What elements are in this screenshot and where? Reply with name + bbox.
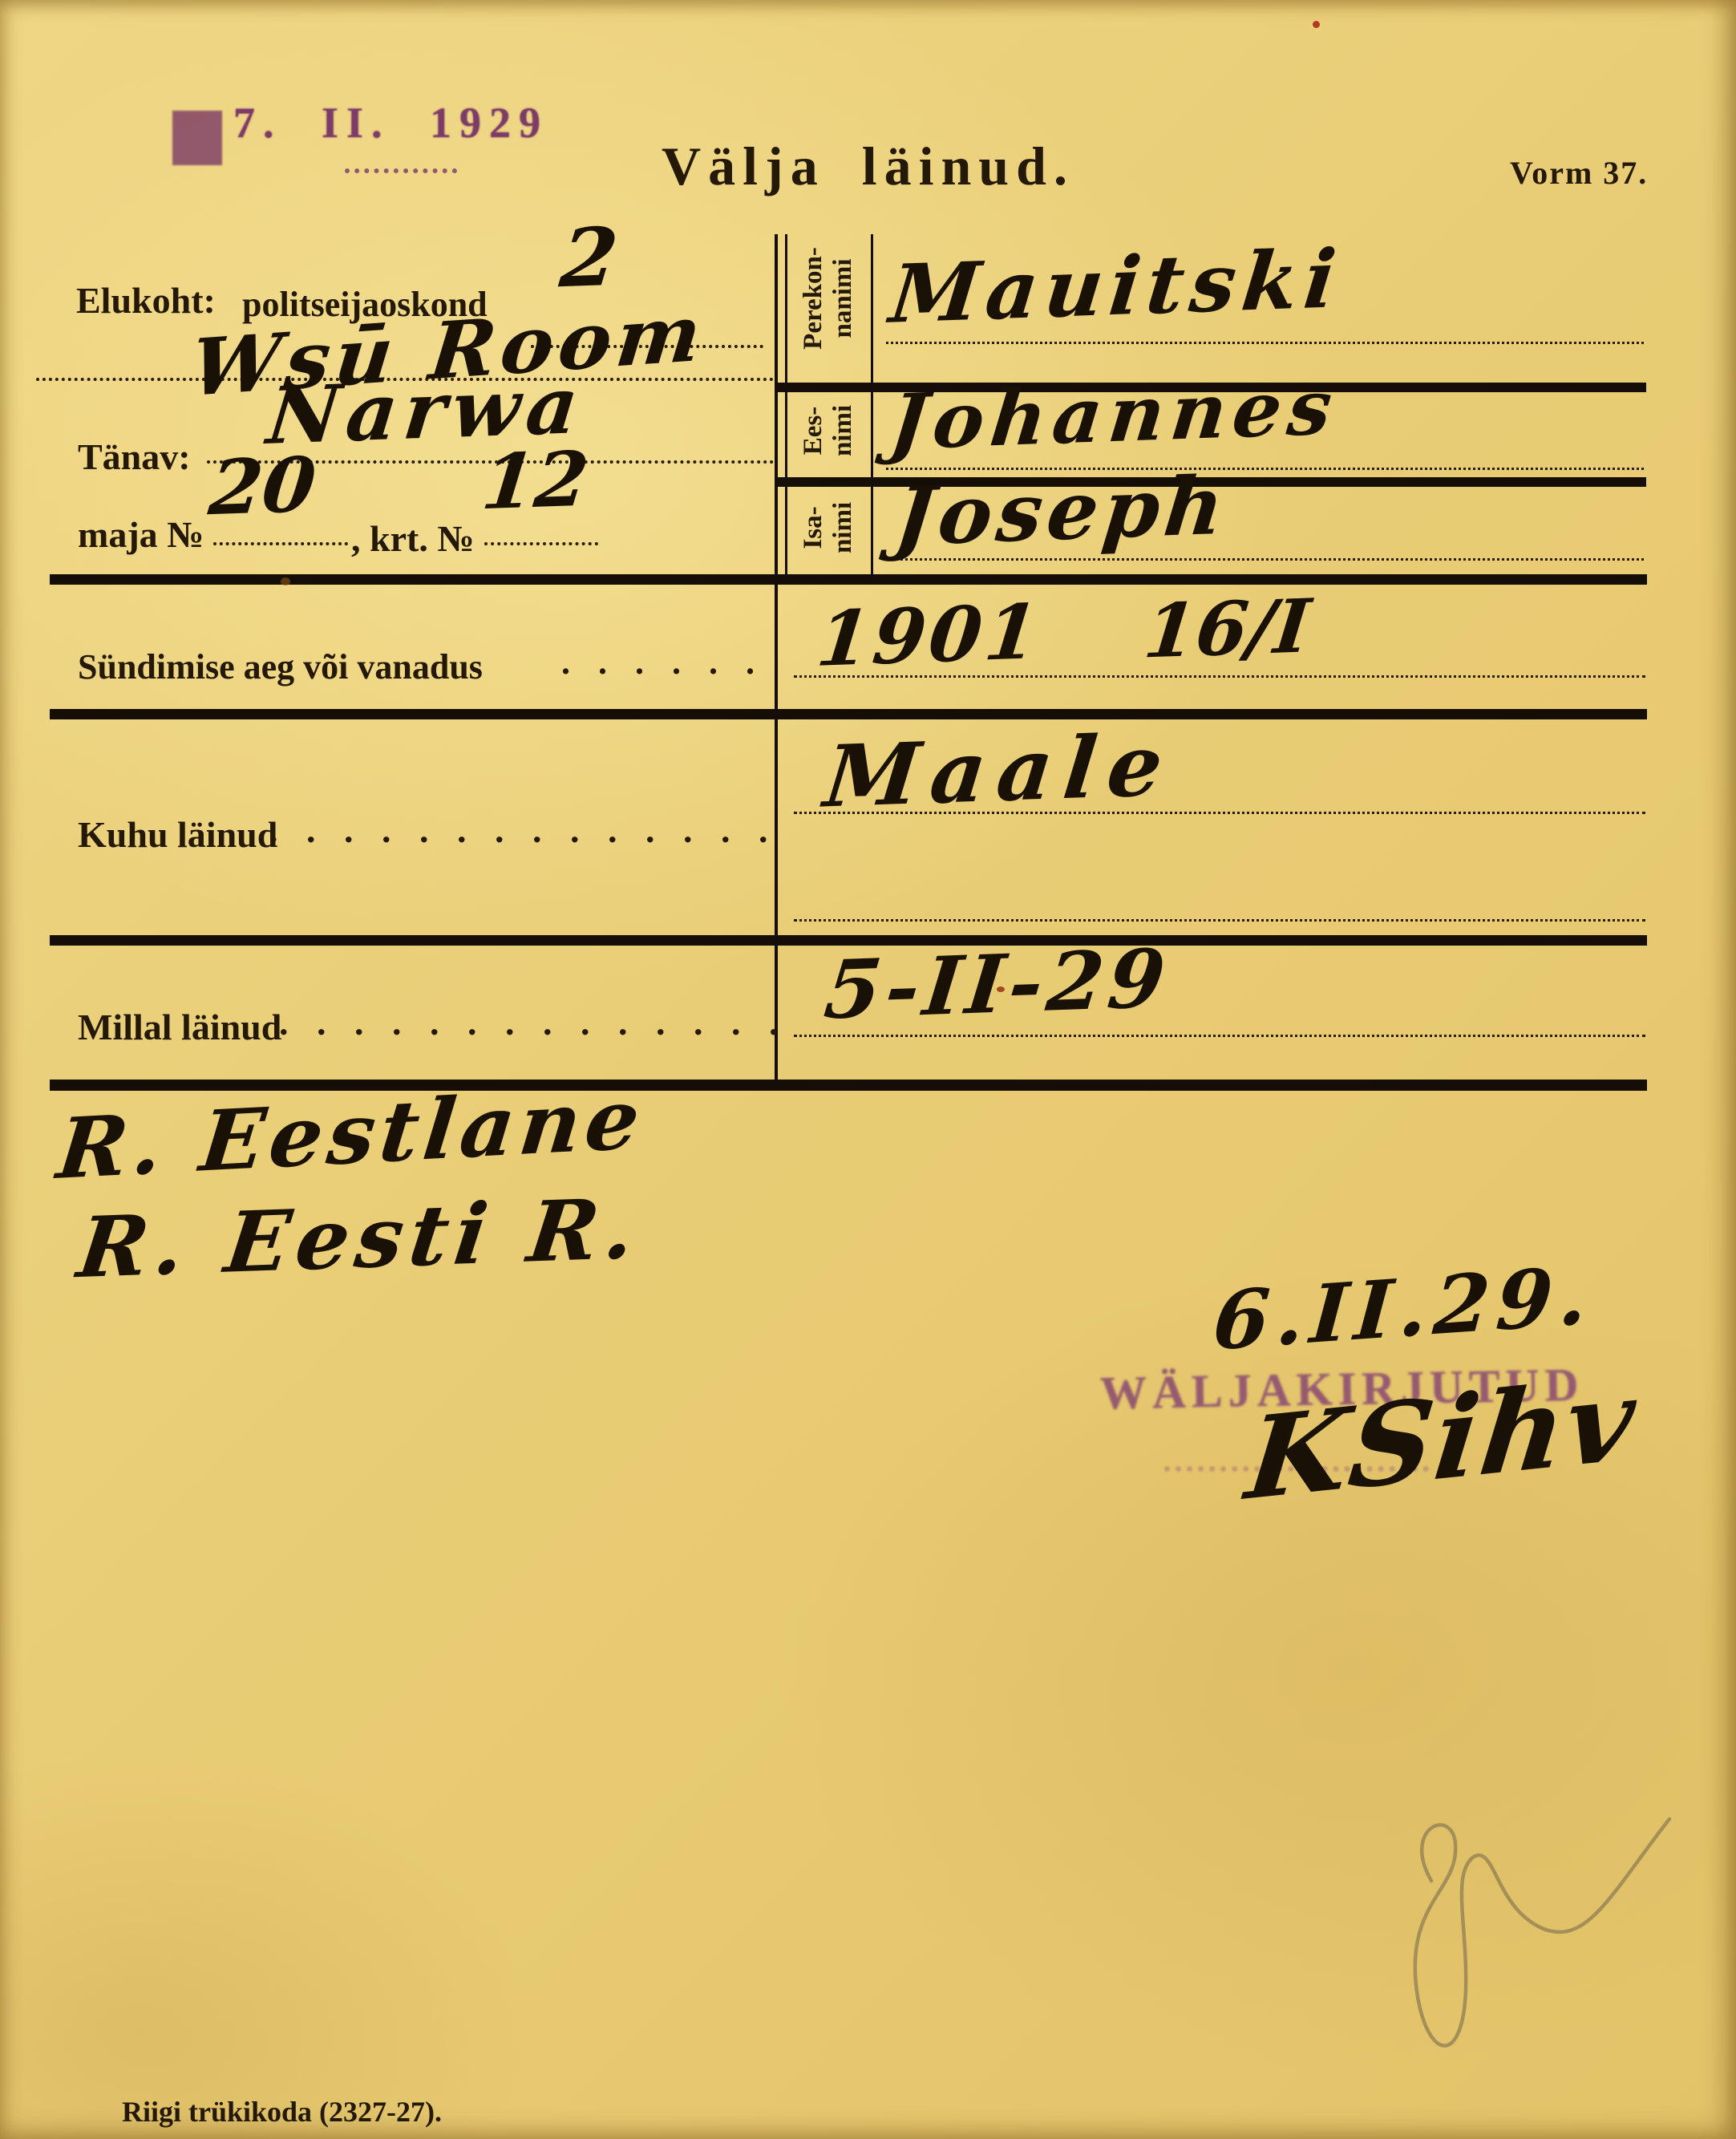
maja-label: maja № — [78, 513, 204, 556]
scanned-form-page: 7. II. 1929 Välja läinud. Vorm 37. Eluko… — [0, 0, 1736, 2139]
perekonnanimi-dotted-line — [886, 342, 1644, 344]
date-stamp-dashes — [345, 168, 457, 173]
eesnimi-handwriting: Johannes — [886, 363, 1342, 467]
kuhu-dotted-line-2 — [794, 919, 1645, 922]
sundimise-label: Sündimise aeg või vanadus — [78, 646, 483, 687]
perekonnanimi-label-line2: nanimi — [828, 230, 858, 367]
date-note-handwriting: 6.II.29. — [1210, 1248, 1597, 1369]
sundimise-year-handwriting: 1901 — [813, 588, 1046, 684]
printer-imprint: Riigi trükikoda (2327-27). — [122, 2095, 442, 2129]
note-line2-handwriting: R. Eesti R. — [73, 1179, 647, 1297]
date-stamp-smudge — [172, 111, 222, 165]
maja-handwriting: 20 — [205, 441, 320, 533]
sundimise-leader-dots: . . . . . . — [561, 642, 755, 683]
tanav-label: Tänav: — [78, 435, 191, 478]
krt-handwriting: 12 — [478, 435, 593, 527]
perekonnanimi-label: Perekon- nanimi — [799, 230, 858, 367]
krt-dotted-line — [484, 542, 598, 545]
sundimise-day-handwriting: 16/I — [1140, 582, 1314, 675]
elukoht-label: Elukoht: — [76, 279, 216, 322]
millal-dotted-line — [794, 1035, 1645, 1037]
elukoht-number-handwriting: 2 — [556, 209, 622, 306]
krt-label: , krt. № — [351, 517, 475, 560]
kuhu-label: Kuhu läinud — [78, 813, 277, 856]
kuhu-leader-dots: . . . . . . . . . . . . . . — [269, 808, 768, 851]
perekonnanimi-handwriting: Mauitski — [886, 231, 1347, 341]
perekonnanimi-label-line1: Perekon- — [799, 230, 828, 367]
millal-label: Millal läinud — [78, 1006, 281, 1048]
form-number: Vorm 37. — [1510, 154, 1648, 192]
isanimi-label: Isa- nimi — [799, 460, 858, 596]
millal-handwriting: 5-II-29 — [820, 931, 1175, 1038]
divider-vertical-second — [785, 234, 787, 585]
page-title: Välja läinud. — [662, 135, 1074, 198]
isanimi-label-line2: nimi — [828, 460, 858, 596]
paper-speck-red — [1313, 21, 1320, 28]
paper-speck-dark — [281, 577, 290, 585]
date-stamp-text: 7. II. 1929 — [233, 98, 548, 148]
kuhu-handwriting: Maale — [819, 714, 1178, 826]
isanimi-label-line1: Isa- — [799, 460, 828, 596]
millal-leader-dots: . . . . . . . . . . . . . . — [279, 1001, 779, 1043]
isanimi-handwriting: Joseph — [891, 458, 1233, 564]
pencil-scribble — [1355, 1789, 1676, 2077]
divider-vertical-main — [775, 234, 778, 1086]
maja-dotted-line — [213, 542, 348, 545]
date-stamp: 7. II. 1929 — [172, 98, 548, 148]
divider-vertical-labels — [871, 234, 873, 574]
rule-full-2 — [50, 709, 1647, 719]
paper-speck-brown — [997, 986, 1005, 992]
